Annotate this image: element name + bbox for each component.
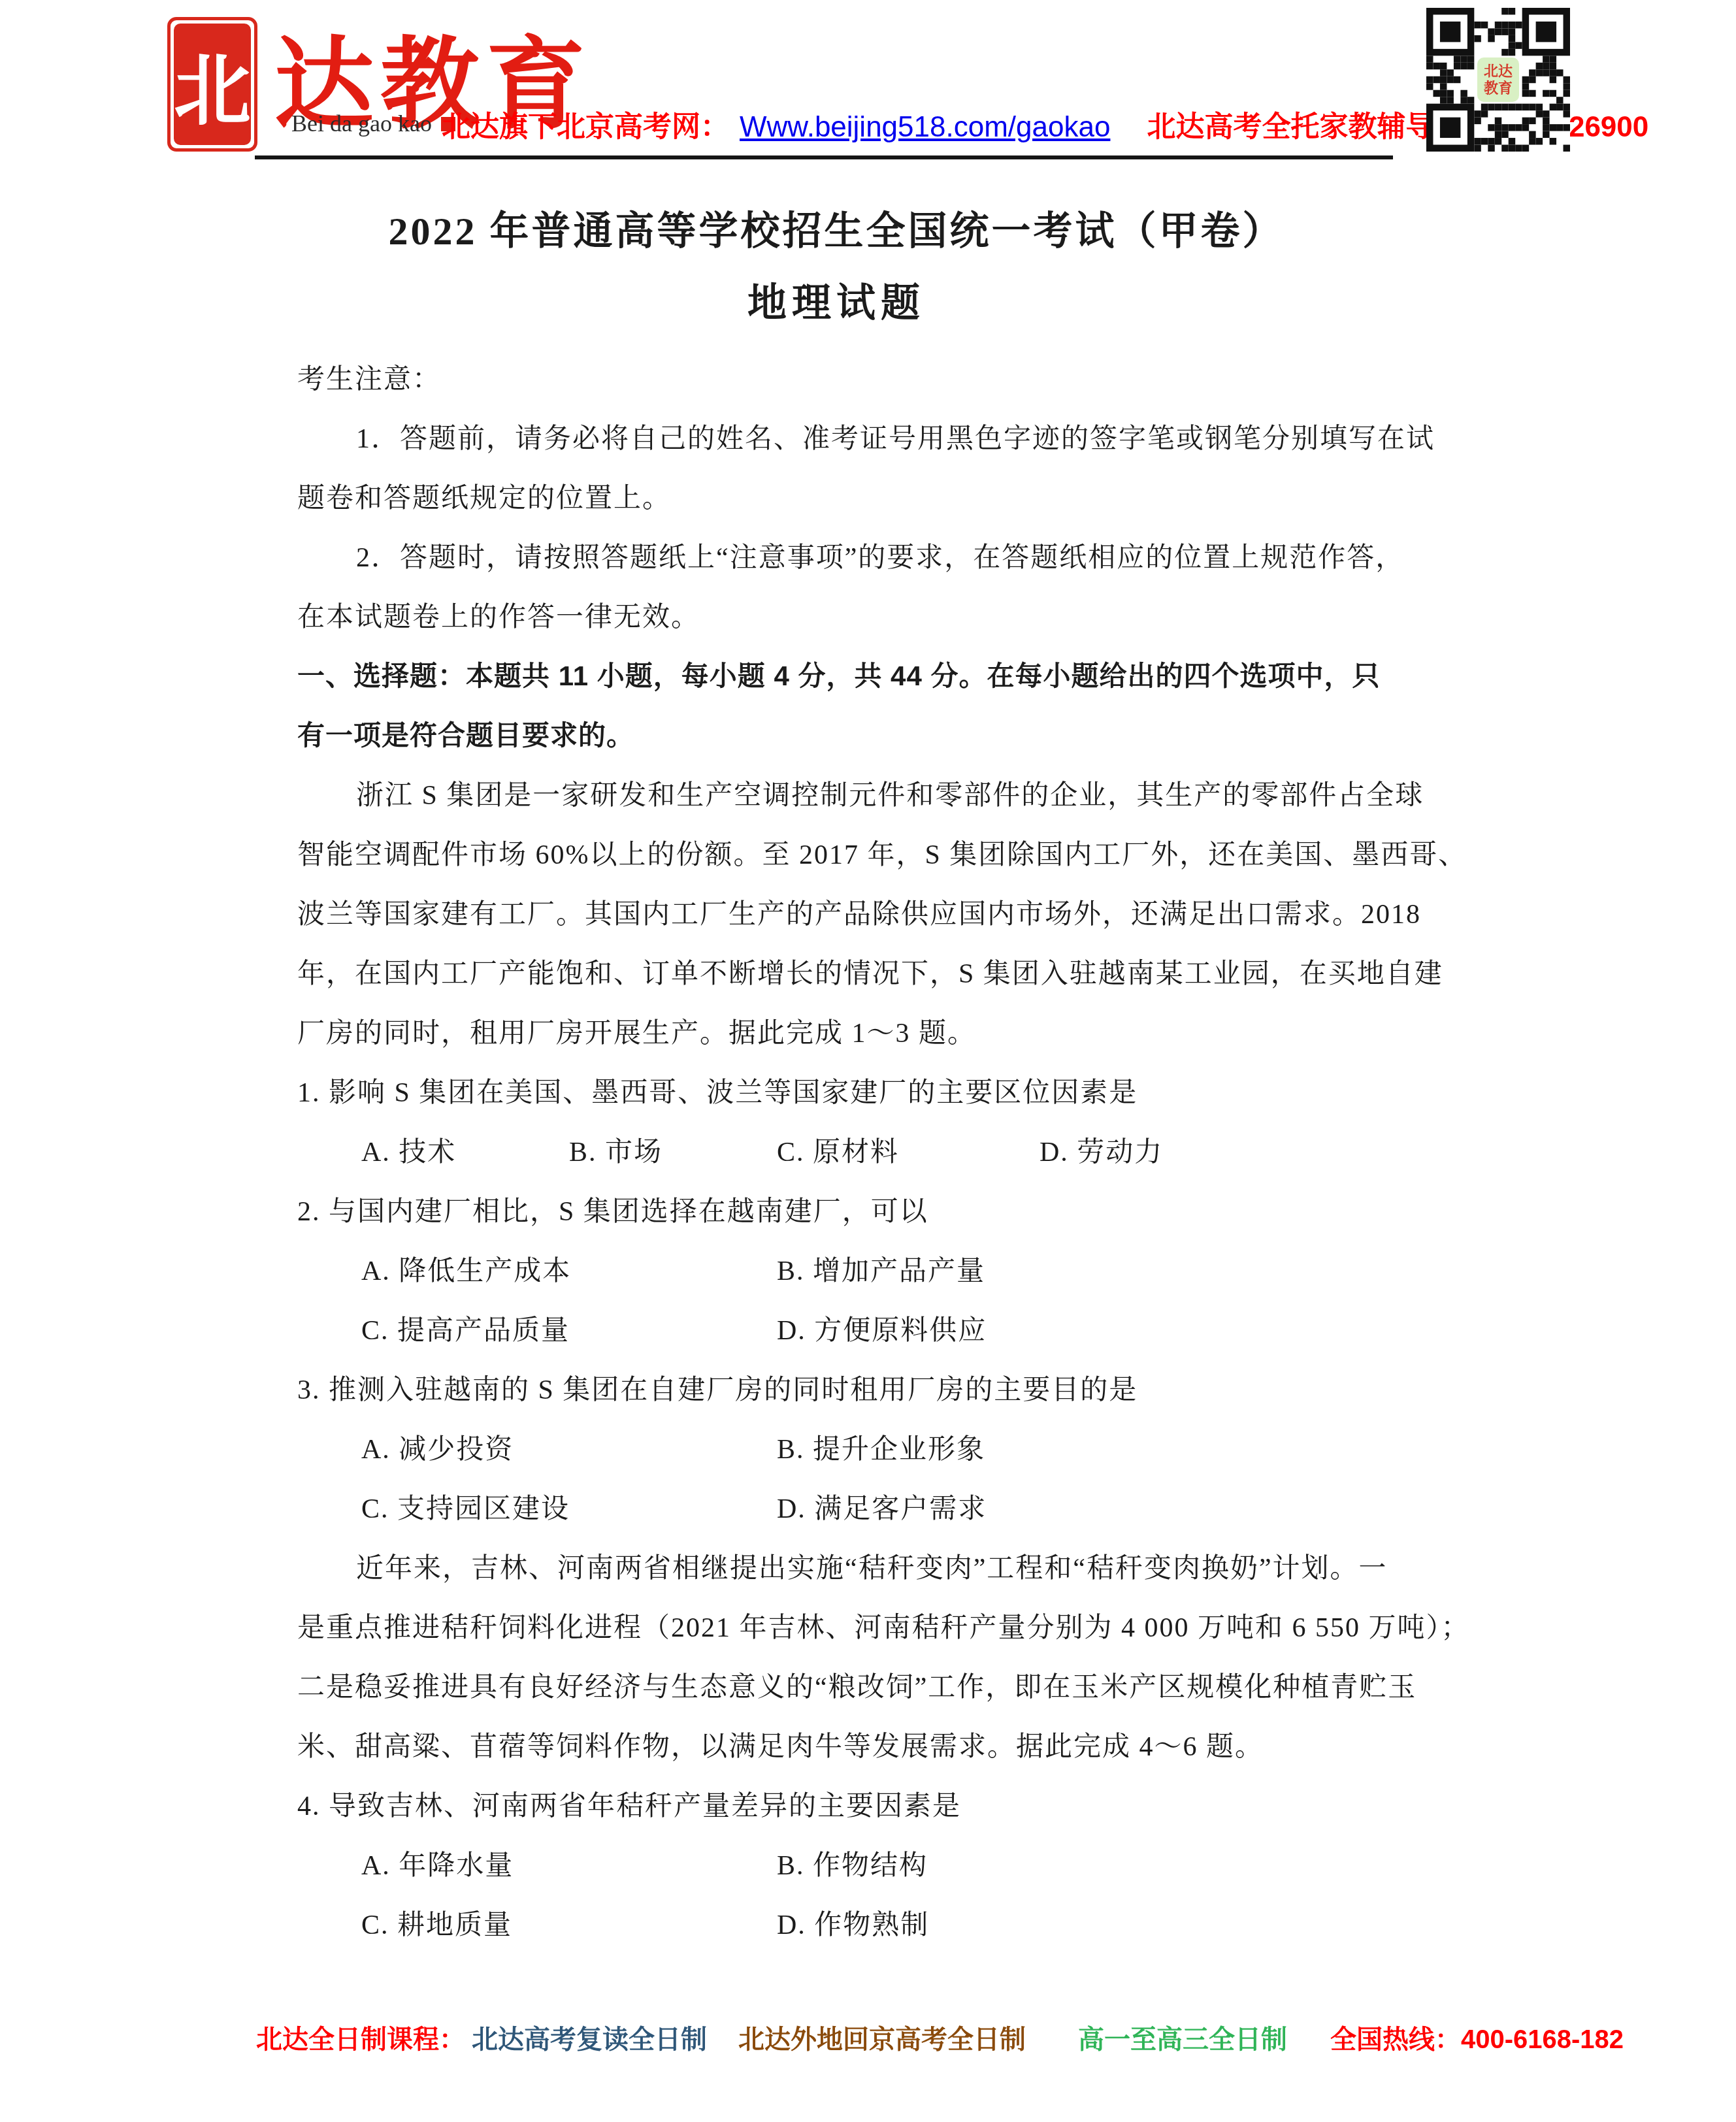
qr-code: 北达 教育 bbox=[1426, 8, 1570, 152]
notice-1-line-2: 题卷和答题纸规定的位置上。 bbox=[297, 476, 1447, 515]
passage-2-line-4: 米、甜高粱、苜蓿等饲料作物，以满足肉牛等发展需求。据此完成 4～6 题。 bbox=[297, 1725, 1447, 1764]
question-4-options-row-1: A. 年降水量 B. 作物结构 bbox=[297, 1844, 1447, 1883]
q2-option-b: B. 增加产品产量 bbox=[777, 1249, 985, 1288]
passage-2-line-3: 二是稳妥推进具有良好经济与生态意义的“粮改饲”工作，即在玉米产区规模化种植青贮玉 bbox=[297, 1665, 1447, 1705]
question-4-options-row-2: C. 耕地质量 D. 作物熟制 bbox=[297, 1903, 1447, 1942]
q1-option-d: D. 劳动力 bbox=[1040, 1130, 1163, 1169]
passage-2-line-2: 是重点推进秸秆饲料化进程（2021 年吉林、河南秸秆产量分别为 4 000 万吨… bbox=[297, 1606, 1447, 1645]
question-4: 4. 导致吉林、河南两省年秸秆产量差异的主要因素是 bbox=[297, 1784, 1447, 1823]
gaokao-site-link[interactable]: Www.beijing518.com/gaokao bbox=[740, 111, 1110, 143]
seal-character: 北 bbox=[174, 29, 251, 140]
exam-paper-page: 北 达教育 Bei da gao kao 北达旗下北京高考网：Www.beiji… bbox=[0, 0, 1736, 2122]
q3-option-b: B. 提升企业形象 bbox=[777, 1428, 985, 1467]
q3-option-d: D. 满足客户需求 bbox=[777, 1487, 987, 1526]
footer-course-return-beijing: 北达外地回京高考全日制 bbox=[738, 2025, 1026, 2054]
q2-option-d: D. 方便原料供应 bbox=[777, 1309, 987, 1348]
footer-course-fulltime-repeat: 北达高考复读全日制 bbox=[472, 2025, 707, 2054]
subject-title: 地理试题 bbox=[118, 272, 1555, 328]
passage-1-line-2: 智能空调配件市场 60%以上的份额。至 2017 年，S 集团除国内工厂外，还在… bbox=[297, 833, 1447, 872]
q4-option-a: A. 年降水量 bbox=[361, 1844, 514, 1883]
footer-hotline: 全国热线：400-6168-182 bbox=[1330, 2025, 1624, 2054]
question-3-options-row-2: C. 支持园区建设 D. 满足客户需求 bbox=[297, 1487, 1447, 1526]
question-2-options-row-1: A. 降低生产成本 B. 增加产品产量 bbox=[297, 1249, 1447, 1288]
q4-option-c: C. 耕地质量 bbox=[361, 1903, 512, 1942]
brand-pinyin-text: Bei da gao kao bbox=[291, 110, 432, 137]
footer-label: 北达全日制课程： bbox=[256, 2025, 465, 2054]
passage-1-line-3: 波兰等国家建有工厂。其国内工厂生产的产品除供应国内市场外，还满足出口需求。201… bbox=[297, 892, 1447, 932]
q2-option-a: A. 降低生产成本 bbox=[361, 1249, 571, 1288]
q3-option-c: C. 支持园区建设 bbox=[361, 1487, 570, 1526]
q1-option-a: A. 技术 bbox=[361, 1130, 456, 1169]
q2-option-c: C. 提高产品质量 bbox=[361, 1309, 570, 1348]
notice-1-line-1: 1．答题前，请务必将自己的姓名、准考证号用黑色字迹的签字笔或钢笔分别填写在试 bbox=[297, 417, 1506, 456]
qr-badge-line1: 北达 bbox=[1484, 63, 1513, 80]
question-2: 2. 与国内建厂相比，S 集团选择在越南建厂，可以 bbox=[297, 1190, 1447, 1229]
passage-2-line-1: 近年来，吉林、河南两省相继提出实施“秸秆变肉”工程和“秸秆变肉换奶”计划。一 bbox=[297, 1546, 1506, 1586]
exam-title: 2022 年普通高等学校招生全国统一考试（甲卷） bbox=[118, 200, 1555, 256]
q1-option-c: C. 原材料 bbox=[777, 1130, 899, 1169]
question-3-options-row-1: A. 减少投资 B. 提升企业形象 bbox=[297, 1428, 1447, 1467]
q4-option-b: B. 作物结构 bbox=[777, 1844, 928, 1883]
q4-option-d: D. 作物熟制 bbox=[777, 1903, 929, 1942]
passage-1-line-1: 浙江 S 集团是一家研发和生产空调控制元件和零部件的企业，其生产的零部件占全球 bbox=[297, 774, 1506, 813]
question-1: 1. 影响 S 集团在美国、墨西哥、波兰等国家建厂的主要区位因素是 bbox=[297, 1071, 1447, 1110]
notice-2-line-1: 2．答题时，请按照答题纸上“注意事项”的要求，在答题纸相应的位置上规范作答， bbox=[297, 536, 1506, 575]
question-2-options-row-2: C. 提高产品质量 D. 方便原料供应 bbox=[297, 1309, 1447, 1348]
seal-background: 北 bbox=[174, 24, 251, 145]
section-1-header-line-2: 有一项是符合题目要求的。 bbox=[297, 714, 1447, 753]
question-3: 3. 推测入驻越南的 S 集团在自建厂房的同时租用厂房的主要目的是 bbox=[297, 1368, 1447, 1407]
question-1-options: A. 技术 B. 市场 C. 原材料 D. 劳动力 bbox=[297, 1130, 1447, 1169]
passage-1-line-4: 年，在国内工厂产能饱和、订单不断增长的情况下，S 集团入驻越南某工业园，在买地自… bbox=[297, 952, 1447, 991]
header-divider bbox=[255, 155, 1393, 159]
qr-center-badge: 北达 教育 bbox=[1477, 57, 1519, 102]
q1-option-b: B. 市场 bbox=[569, 1130, 663, 1169]
notice-heading: 考生注意： bbox=[297, 357, 1447, 397]
brand-pinyin: Bei da gao kao bbox=[291, 110, 455, 137]
notice-2-line-2: 在本试题卷上的作答一律无效。 bbox=[297, 595, 1447, 634]
qr-badge-line2: 教育 bbox=[1484, 80, 1513, 97]
tutor-label: 北达高考全托家教辅导： bbox=[1147, 111, 1463, 143]
footer-course-grade1-3: 高一至高三全日制 bbox=[1078, 2025, 1287, 2054]
section-1-header-line-1: 一、选择题：本题共 11 小题，每小题 4 分，共 44 分。在每小题给出的四个… bbox=[297, 655, 1447, 694]
q3-option-a: A. 减少投资 bbox=[361, 1428, 514, 1467]
site-label: 北达旗下北京高考网： bbox=[442, 111, 729, 143]
footer-banner: 北达全日制课程：北达高考复读全日制北达外地回京高考全日制高一至高三全日制全国热线… bbox=[256, 2019, 1624, 2056]
beida-seal-logo: 北 bbox=[167, 17, 257, 152]
passage-1-line-5: 厂房的同时，租用厂房开展生产。据此完成 1～3 题。 bbox=[297, 1011, 1447, 1051]
